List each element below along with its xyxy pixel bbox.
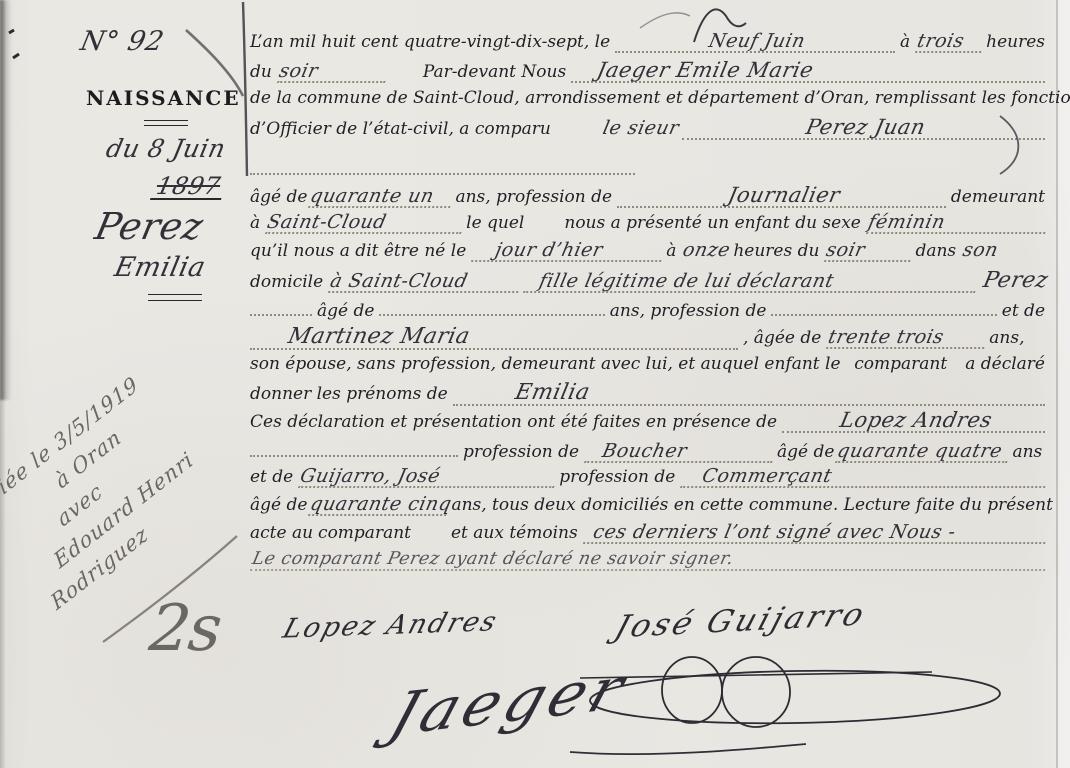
dotted-blank: [379, 298, 604, 316]
body-line: domicile à Saint-Cloud fille légitime de…: [250, 270, 1050, 298]
margin-given-name: Emilia: [112, 254, 208, 281]
printed-text: ans,: [989, 328, 1024, 348]
handwritten-entry: fille légitime de lui déclarant: [523, 272, 980, 293]
entry-blank: Perez Juan: [682, 117, 1045, 140]
dotted-blank: [250, 157, 635, 175]
body-line: et de Guijarro, José profession de Comme…: [250, 467, 1050, 495]
handwritten-entry: Boucher: [584, 442, 776, 463]
birth-certificate-scan: N° 92 NAISSANCE du 8 Juin 1897 Perez Emi…: [0, 0, 1070, 768]
body-line: L’an mil huit cent quatre-vingt-dix-sept…: [250, 32, 1050, 60]
printed-text: âgé de: [777, 442, 834, 462]
printed-text: L’an mil huit cent quatre-vingt-dix-sept…: [250, 32, 610, 52]
page-fold-highlight: [1058, 0, 1070, 768]
printed-text: domicile: [250, 272, 323, 292]
body-line: d’Officier de l’état-civil, a comparu le…: [250, 117, 1050, 145]
printed-text: à: [666, 241, 676, 261]
margin-date: du 8 Juin: [104, 136, 228, 161]
body-line: qu’il nous a dit être né le jour d’hier …: [250, 241, 1050, 269]
handwritten-entry: son: [961, 241, 1000, 260]
handwritten-entry: onze: [681, 241, 732, 260]
handwritten-entry: soir: [277, 62, 389, 83]
signature-lopez-andres: Lopez Andres: [280, 608, 501, 642]
handwritten-entry: Le comparant Perez ayant déclaré ne savo…: [250, 551, 1049, 571]
handwritten-entry: trois: [915, 32, 985, 53]
printed-text: son épouse, sans profession, demeurant a…: [250, 354, 841, 374]
entry-blank: Emilia: [453, 382, 1045, 406]
printed-text: et de: [1002, 301, 1045, 321]
printed-text: comparant: [854, 354, 947, 374]
margin-separator-stroke: [243, 2, 247, 176]
printed-text: de la commune de Saint-Cloud, arrondisse…: [250, 88, 1070, 108]
jaeger-signature-tail: [570, 744, 806, 754]
body-line: son épouse, sans profession, demeurant a…: [250, 354, 1050, 382]
name-double-underline: [148, 294, 202, 301]
printed-text: Par-devant Nous: [423, 62, 566, 82]
handwritten-entry: Jaeger Emile Marie: [595, 60, 815, 81]
record-number: N° 92: [78, 28, 166, 55]
printed-text: heures: [986, 32, 1045, 52]
printed-text: , âgée de: [743, 328, 821, 348]
printed-text: demeurant: [951, 187, 1045, 207]
signature-jose-guijarro: José Guijarro: [611, 600, 870, 644]
heading-rule: [144, 120, 188, 126]
guijarro-flourish-ellipse: [590, 667, 1001, 726]
printed-text: profession de: [463, 442, 579, 462]
printed-text: à: [250, 213, 260, 233]
body-line: donner les prénoms de Emilia: [250, 382, 1050, 410]
guijarro-flourish-loop: [662, 657, 722, 723]
handwritten-entry: Journalier: [726, 185, 842, 206]
dotted-blank: [771, 298, 996, 316]
printed-text: qu’il nous a dit être né le: [250, 241, 466, 261]
body-line: [250, 157, 1050, 185]
dotted-blank: [250, 439, 458, 457]
signature-jaeger: Jaeger: [383, 659, 635, 746]
margin-surname: Perez: [92, 208, 207, 245]
margin-year: 1897: [150, 174, 227, 200]
printed-text: âgé de: [317, 301, 374, 321]
body-line: âgé de quarante cinq ans, tous deux domi…: [250, 495, 1050, 523]
entry-blank: Martinez Maria: [250, 326, 738, 350]
body-line: Le comparant Perez ayant déclaré ne savo…: [250, 551, 1050, 579]
handwritten-entry: Martinez Maria: [286, 326, 472, 348]
printed-text: Ces déclaration et présentation ont été …: [250, 412, 777, 432]
handwritten-entry: soir: [824, 241, 914, 262]
printed-text: acte au: [250, 523, 313, 543]
body-line: profession de Boucher âgé de quarante qu…: [250, 439, 1050, 467]
printed-text: comparant: [318, 523, 411, 543]
handwritten-entry: Neuf Juin: [707, 32, 807, 51]
body-line: de la commune de Saint-Cloud, arrondisse…: [250, 88, 1050, 116]
body-line: âgé de ans, profession de et de: [250, 298, 1050, 326]
body-line: acte au comparant et aux témoins ces der…: [250, 523, 1050, 551]
body-line: du soir Par-devant Nous Jaeger Emile Mar…: [250, 60, 1050, 88]
printed-text: nous a présenté un enfant du sexe: [564, 213, 861, 233]
birth-heading: NAISSANCE: [86, 86, 241, 110]
handwritten-entry: Perez Juan: [804, 117, 927, 138]
printed-text: ans, profession de: [610, 301, 767, 321]
handwritten-entry: Emilia: [513, 382, 592, 404]
printed-text: ans: [1012, 442, 1042, 462]
handwritten-entry: ces derniers l’ont signé avec Nous -: [583, 523, 1050, 544]
printed-text: à: [900, 32, 910, 52]
handwritten-entry: jour d’hier: [471, 241, 665, 262]
entry-blank: Journalier: [617, 185, 946, 208]
printed-text: donner les prénoms de: [250, 384, 448, 404]
printed-text: ans, tous deux domiciliés en cette commu…: [451, 495, 1053, 515]
handwritten-entry: Guijarro, José: [298, 467, 558, 488]
entry-blank: Lopez Andres: [782, 410, 1045, 433]
printed-text: le quel: [466, 213, 524, 233]
handwritten-entry: trente trois: [826, 328, 988, 349]
guijarro-flourish-line: [580, 672, 932, 678]
printed-text: dans: [915, 241, 956, 261]
guijarro-flourish-loop: [722, 657, 790, 727]
printed-text: d’Officier de l’état-civil, a comparu: [250, 119, 551, 139]
body-line: à Saint-Cloud le quel nous a présenté un…: [250, 213, 1050, 241]
entry-blank: Jaeger Emile Marie: [571, 60, 1045, 83]
act-body: L’an mil huit cent quatre-vingt-dix-sept…: [250, 22, 1050, 580]
printed-text: a déclaré: [965, 354, 1045, 374]
printed-text: profession de: [559, 467, 675, 487]
body-line: Martinez Maria , âgée de trente trois an…: [250, 326, 1050, 354]
handwritten-entry: Lopez Andres: [838, 410, 994, 431]
handwritten-entry: quarante un: [308, 187, 454, 208]
handwritten-entry: quarante cinq: [308, 495, 450, 516]
page-left-shadow-soft: [0, 0, 6, 768]
handwritten-entry: féminin: [866, 213, 1050, 234]
printed-text: âgé de: [250, 495, 307, 515]
printed-text: et aux témoins: [451, 523, 578, 543]
printed-text: ans, profession de: [455, 187, 612, 207]
handwritten-entry: Perez: [981, 270, 1050, 292]
pencil-mark: 2s: [146, 592, 223, 666]
handwritten-entry: Saint-Cloud: [265, 213, 465, 234]
printed-text: heures du: [733, 241, 819, 261]
body-line: âgé de quarante un ans, profession de Jo…: [250, 185, 1050, 213]
body-line: Ces déclaration et présentation ont été …: [250, 410, 1050, 438]
dotted-blank: [250, 298, 312, 316]
handwritten-entry: Commerçant: [680, 467, 1049, 488]
handwritten-entry: le sieur: [601, 119, 681, 138]
entry-blank: Neuf Juin: [615, 32, 895, 53]
handwritten-entry: quarante quatre: [835, 442, 1011, 463]
printed-text: du: [250, 62, 272, 82]
handwritten-entry: à Saint-Cloud: [328, 272, 522, 293]
printed-text: âgé de: [250, 187, 307, 207]
printed-text: et de: [250, 467, 293, 487]
